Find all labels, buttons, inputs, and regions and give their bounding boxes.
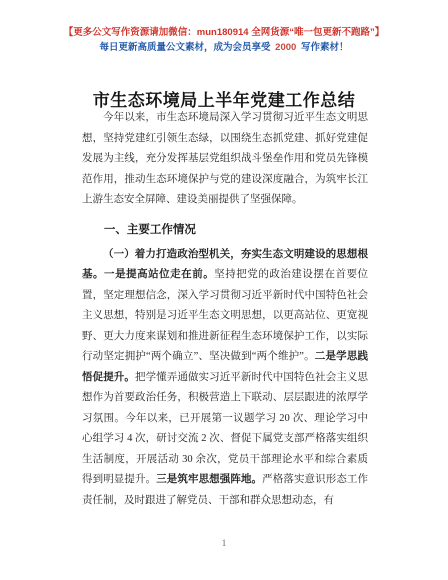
- promo-line-1: 【更多公文写作资源请加微信：mun180914 全网货源“唯一包更新不跑路”】: [0, 25, 448, 40]
- promo-header: 【更多公文写作资源请加微信：mun180914 全网货源“唯一包更新不跑路”】 …: [0, 25, 448, 55]
- page-number: 1: [0, 538, 448, 548]
- text-run-lead-6: 三是筑牢思想强阵地。: [156, 474, 262, 485]
- section-heading-1: 一、主要工作情况: [82, 220, 368, 240]
- text-run-3: 坚持把党的政治建设摆在首要位置，坚定理想信念，深入学习贯彻习近平新时代中国特色社…: [82, 269, 368, 362]
- promo-line-2: 每日更新高质量公文素材，成为会员享受 2000 写作素材！: [0, 40, 448, 55]
- text-run-lead-2: 一是提高站位走在前。: [104, 269, 214, 280]
- paragraph-section-1: （一）着力打造政治型机关，夯实生态文明建设的思想根基。一是提高站位走在前。坚持把…: [82, 245, 368, 512]
- promo-line-2-suffix: 写作素材！: [301, 42, 349, 53]
- document-body: 今年以来，市生态环境局深入学习贯彻习近平生态文明思想，坚持党建红引领生态绿，以围…: [82, 108, 368, 511]
- text-run-5: 把学懂弄通做实习近平新时代中国特色社会主义思想作为首要政治任务，积极营造上下联动…: [82, 372, 368, 486]
- document-page: 【更多公文写作资源请加微信：mun180914 全网货源“唯一包更新不跑路”】 …: [0, 0, 448, 580]
- promo-line-2-prefix: 每日更新高质量公文素材，成为会员享受: [100, 42, 271, 53]
- paragraph-intro: 今年以来，市生态环境局深入学习贯彻习近平生态文明思想，坚持党建红引领生态绿，以围…: [82, 108, 368, 211]
- promo-line-2-number: 2000: [273, 42, 298, 53]
